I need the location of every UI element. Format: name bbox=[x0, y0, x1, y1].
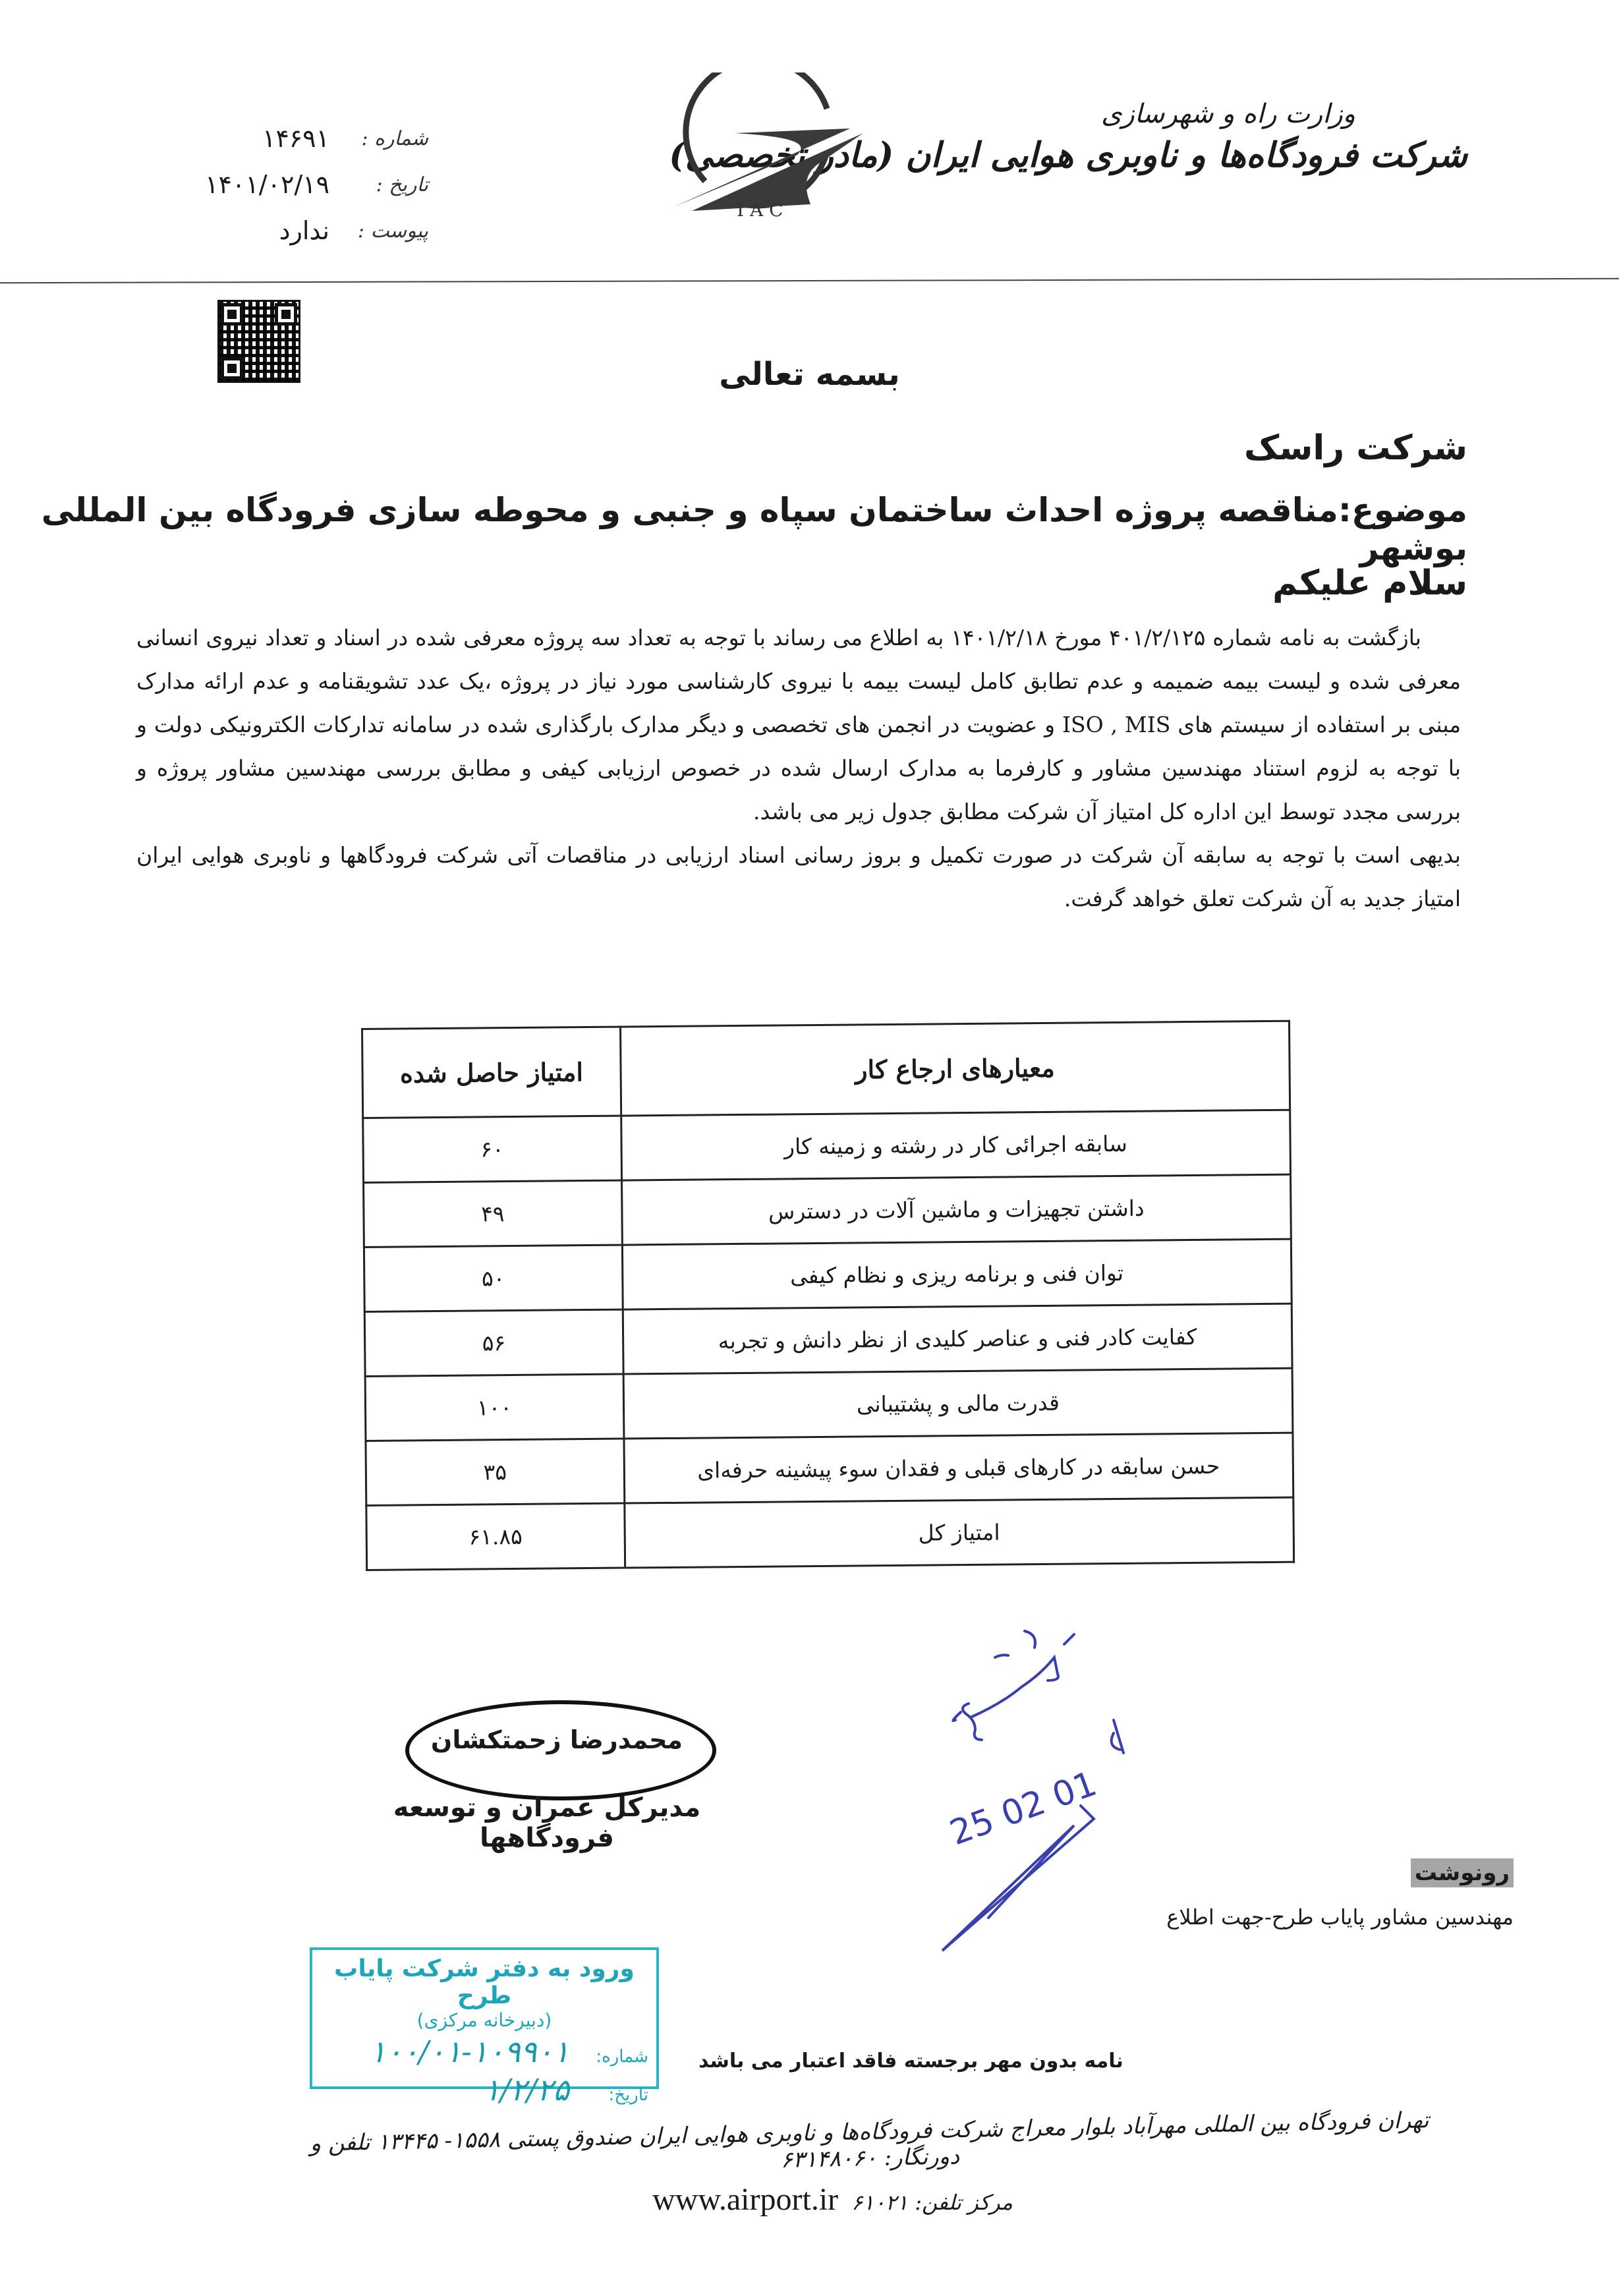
call-center: مرکز تلفن: ۶۱۰۲۱ bbox=[851, 2190, 1013, 2215]
greeting: سلام علیکم bbox=[1272, 563, 1467, 603]
addressee: شرکت راسک bbox=[1244, 428, 1467, 468]
criteria-cell: توان فنی و برنامه ریزی و نظام کیفی bbox=[622, 1239, 1292, 1309]
cc-label: رونوشت bbox=[1411, 1858, 1514, 1887]
column-header-criteria: معیارهای ارجاع کار bbox=[620, 1021, 1290, 1116]
score-cell-total: ۶۱.۸۵ bbox=[366, 1503, 625, 1570]
stamp-subtitle: (دبیرخانه مرکزی) bbox=[320, 2009, 648, 2031]
footer-contact: www.airport.ir مرکز تلفن: ۶۱۰۲۱ bbox=[652, 2181, 1013, 2218]
meta-attachment-value: ندارد bbox=[279, 216, 329, 245]
criteria-cell: سابقه اجرائی کار در رشته و زمینه کار bbox=[621, 1110, 1290, 1180]
table-row: سابقه اجرائی کار در رشته و زمینه کار ۶۰ bbox=[363, 1110, 1291, 1182]
stamp-date-label: تاریخ: bbox=[582, 2085, 648, 2105]
stamp-number-value: ۱۰۰/۰۱-۱۰۹۹۰۱ bbox=[370, 2034, 569, 2069]
signatory-title: مدیرکل عمران و توسعه فرودگاهها bbox=[382, 1793, 712, 1853]
handwritten-note-icon: 25 02 01 bbox=[909, 1608, 1186, 2069]
svg-text:25 02 01: 25 02 01 bbox=[945, 1764, 1102, 1854]
stamp-number-label: شماره: bbox=[582, 2047, 648, 2067]
meta-number-label: شماره : bbox=[356, 127, 428, 150]
score-table: معیارهای ارجاع کار امتیاز حاصل شده سابقه… bbox=[361, 1020, 1295, 1571]
table-row: حسن سابقه در کارهای قبلی و فقدان سوء پیش… bbox=[366, 1433, 1293, 1505]
letter-meta: شماره : ۱۴۶۹۱ تاریخ : ۱۴۰۱/۰۲/۱۹ پیوست :… bbox=[165, 115, 428, 254]
signatory-name: محمدرضا زحمتکشان bbox=[405, 1725, 708, 1754]
column-header-score: امتیاز حاصل شده bbox=[362, 1027, 621, 1118]
received-stamp: ورود به دفتر شرکت پایاب طرح (دبیرخانه مر… bbox=[310, 1947, 659, 2089]
criteria-cell: داشتن تجهیزات و ماشین آلات در دسترس bbox=[621, 1174, 1291, 1245]
table-header-row: معیارهای ارجاع کار امتیاز حاصل شده bbox=[362, 1021, 1290, 1118]
ministry-name: وزارت راه و شهرسازی bbox=[1101, 99, 1355, 129]
meta-attachment: پیوست : ندارد bbox=[165, 208, 428, 254]
criteria-cell: حسن سابقه در کارهای قبلی و فقدان سوء پیش… bbox=[624, 1433, 1293, 1503]
criteria-cell: کفایت کادر فنی و عناصر کلیدی از نظر دانش… bbox=[623, 1304, 1292, 1374]
meta-date-label: تاریخ : bbox=[356, 173, 428, 196]
score-cell: ۳۵ bbox=[366, 1439, 625, 1505]
table-row: قدرت مالی و پشتیبانی ۱۰۰ bbox=[365, 1368, 1293, 1441]
meta-number: شماره : ۱۴۶۹۱ bbox=[165, 115, 428, 161]
body-paragraph: بازگشت به نامه شماره ۴۰۱/۲/۱۲۵ مورخ ۱۴۰۱… bbox=[136, 616, 1461, 834]
meta-number-value: ۱۴۶۹۱ bbox=[262, 124, 329, 153]
stamp-date-value: ۱/۲/۲۵ bbox=[484, 2072, 569, 2108]
score-cell: ۵۰ bbox=[364, 1245, 623, 1311]
criteria-cell-total: امتیاز کل bbox=[625, 1497, 1294, 1568]
subject-line: موضوع:مناقصه پروژه احداث ساختمان سپاه و … bbox=[0, 491, 1467, 567]
meta-attachment-label: پیوست : bbox=[356, 219, 428, 243]
stamp-date-row: تاریخ: ۱/۲/۲۵ bbox=[320, 2072, 648, 2108]
table-row: توان فنی و برنامه ریزی و نظام کیفی ۵۰ bbox=[364, 1239, 1292, 1311]
stamp-title: ورود به دفتر شرکت پایاب طرح bbox=[320, 1955, 648, 2009]
criteria-cell: قدرت مالی و پشتیبانی bbox=[623, 1368, 1293, 1439]
meta-date-value: ۱۴۰۱/۰۲/۱۹ bbox=[205, 170, 329, 199]
validity-notice: نامه بدون مهر برجسته فاقد اعتبار می باشد bbox=[698, 2050, 1123, 2073]
score-cell: ۱۰۰ bbox=[365, 1374, 624, 1441]
svg-text:I A C: I A C bbox=[737, 199, 783, 221]
bismillah-heading: بسمه تعالی bbox=[0, 356, 1619, 393]
stamp-number-row: شماره: ۱۰۰/۰۱-۱۰۹۹۰۱ bbox=[320, 2034, 648, 2069]
cc-recipient: مهندسین مشاور پایاب طرح-جهت اطلاع bbox=[1166, 1905, 1514, 1930]
body-paragraph: بدیهی است با توجه به سابقه آن شرکت در صو… bbox=[136, 834, 1461, 921]
footer-address: تهران فرودگاه بین المللی مهرآباد بلوار م… bbox=[309, 2107, 1430, 2183]
score-cell: ۴۹ bbox=[364, 1180, 623, 1247]
score-cell: ۵۶ bbox=[364, 1309, 623, 1376]
table-row: کفایت کادر فنی و عناصر کلیدی از نظر دانش… bbox=[364, 1304, 1292, 1376]
iac-logo-icon: I A C bbox=[666, 72, 863, 224]
table-row: داشتن تجهیزات و ماشین آلات در دسترس ۴۹ bbox=[364, 1174, 1292, 1247]
website-link[interactable]: www.airport.ir bbox=[652, 2182, 838, 2217]
meta-date: تاریخ : ۱۴۰۱/۰۲/۱۹ bbox=[165, 161, 428, 208]
letter-body: بازگشت به نامه شماره ۴۰۱/۲/۱۲۵ مورخ ۱۴۰۱… bbox=[136, 616, 1461, 921]
header-divider bbox=[0, 278, 1619, 283]
score-cell: ۶۰ bbox=[363, 1116, 622, 1182]
table-row-total: امتیاز کل ۶۱.۸۵ bbox=[366, 1497, 1294, 1570]
